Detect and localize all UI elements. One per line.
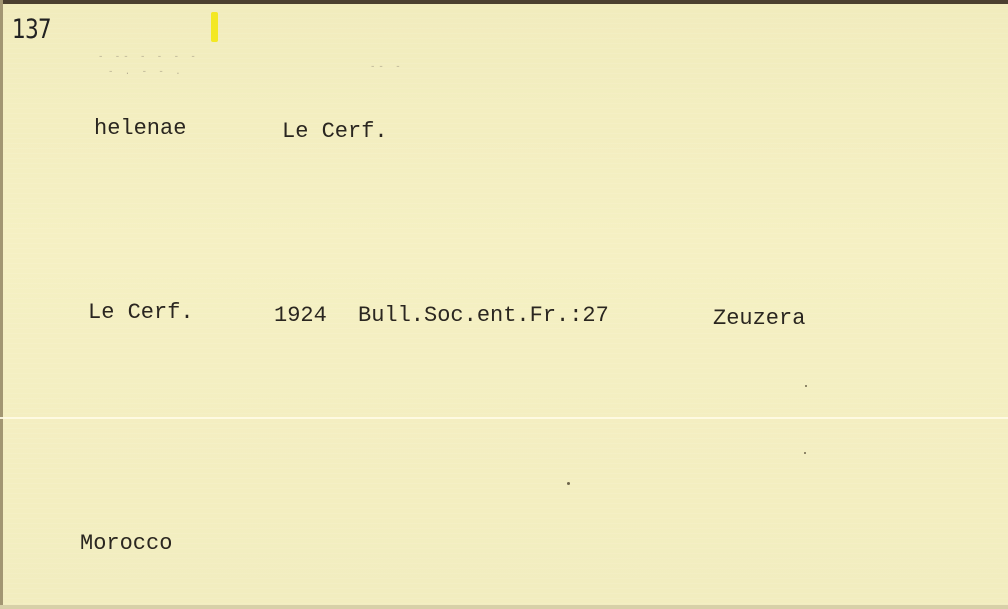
faded-marks: - . - - . (108, 67, 184, 77)
catalog-number: 137 (12, 14, 51, 45)
card-top-edge (0, 0, 1008, 4)
faded-marks: - -- - - - - (98, 52, 199, 62)
citation-year: 1924 (274, 303, 327, 328)
paper-speck (567, 482, 570, 485)
locality: Morocco (80, 531, 172, 556)
citation-genus: Zeuzera (713, 306, 805, 331)
card-crease-line (0, 417, 1008, 419)
paper-speck (805, 385, 807, 387)
species-name: helenae (94, 116, 186, 141)
citation-author: Le Cerf. (88, 300, 194, 325)
index-card: 137 - -- - - - - - . - - . -- - helenae … (0, 0, 1008, 609)
paper-speck (804, 452, 806, 454)
card-left-edge (0, 0, 3, 609)
highlighter-mark (211, 12, 218, 42)
card-bottom-edge (0, 605, 1008, 609)
faded-marks: -- - (370, 62, 404, 72)
species-author: Le Cerf. (282, 119, 388, 144)
citation-reference: Bull.Soc.ent.Fr.:27 (358, 303, 609, 328)
